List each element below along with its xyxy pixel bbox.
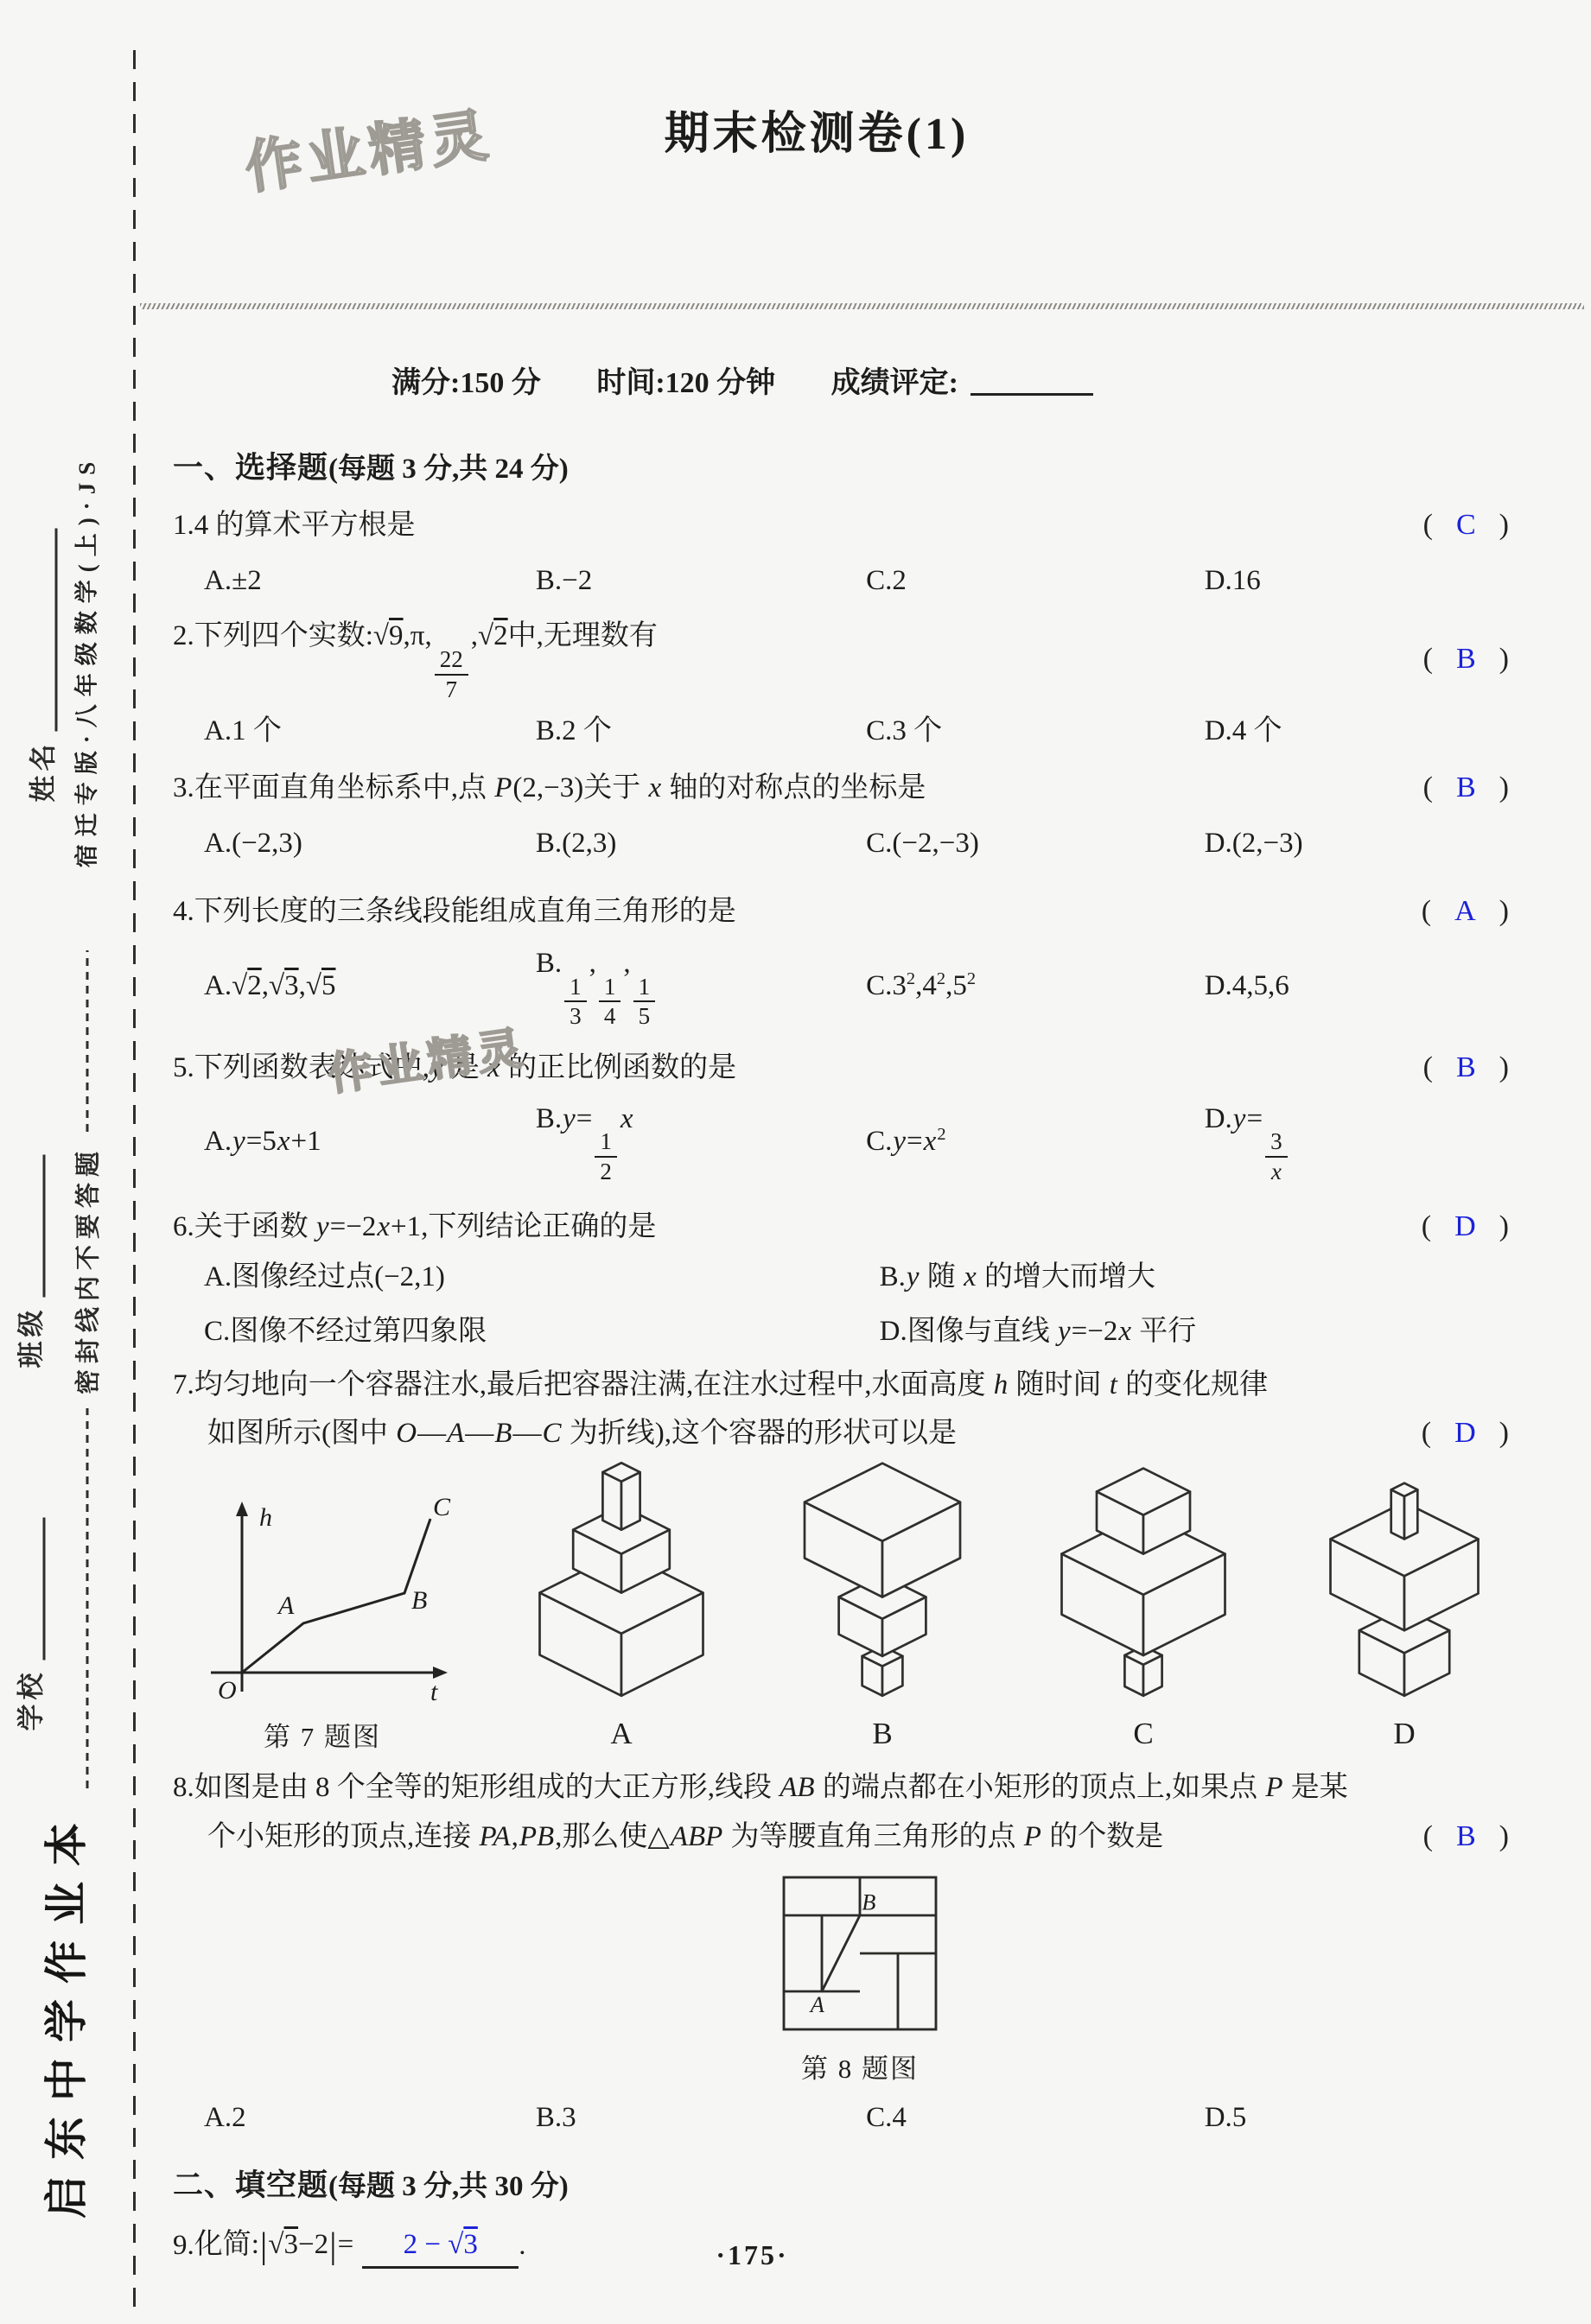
exam-meta: 满分:150 分 时间:120 分钟 成绩评定: [173,359,1547,401]
seal-text-label: 密封线内不要答题 [75,1146,103,1394]
options-row: A.y=5x+1 B.y=12x C.y=x2 D.y=3x [173,1100,1547,1184]
answer-letter: A [1454,895,1476,927]
option-a: A.(−2,3) [204,824,536,862]
options-row: A.1 个 B.2 个 C.3 个 D.4 个 [173,712,1547,750]
question-3: 3.在平面直角坐标系中,点 P(2,−3)关于 x 轴的对称点的坐标是(B) A… [173,769,1547,862]
question-text: 在平面直角坐标系中,点 P(2,−3)关于 x 轴的对称点的坐标是 [194,772,926,803]
name-field: 姓名 [22,529,60,803]
q7-container-options: A B C D [465,1461,1547,1755]
q7-graph: h t O A B C 第 7 题图 [180,1491,465,1756]
question-line: 7.均匀地向一个容器注水,最后把容器注满,在注水过程中,水面高度 h 随时间 t… [173,1366,1547,1404]
question-text: 关于函数 y=−2x+1,下列结论正确的是 [194,1211,657,1242]
options-grid: A.图像经过点(−2,1) B.y 随 x 的增大而增大 C.图像不经过第四象限… [173,1258,1547,1349]
option-a: A.1 个 [204,712,536,750]
full-score-label: 满分:150 分 [391,367,541,399]
container-option-c: C [1050,1461,1237,1755]
options-row: A.√2,√3,√5 B.13,14,15 C.32,42,52 D.4,5,6 [173,944,1547,1029]
q8-square-figure: B A [774,1868,945,2039]
answer-slot: (B) [1423,1049,1509,1089]
option-d: D.4 个 [1205,712,1547,750]
point-b-label: B [411,1586,427,1615]
question-line: 6.关于函数 y=−2x+1,下列结论正确的是(D) [173,1208,1547,1246]
question-number: 1. [173,510,194,541]
option-d: D.(2,−3) [1205,824,1547,862]
q7-figure-caption: 第 7 题图 [180,1719,465,1756]
option-b: B.(2,3) [536,824,866,862]
exam-page: 宿迁专版·八年级数学(上)·JS 密封线内不要答题 姓名 班级 学校 启东中学作… [0,0,1591,2324]
answer-slot: (B) [1423,769,1509,809]
question-line: 8.如图是由 8 个全等的矩形组成的大正方形,线段 AB 的端点都在小矩形的顶点… [173,1768,1547,1806]
container-a-figure [528,1461,715,1702]
point-a-label: A [809,1991,825,2017]
question-text: 均匀地向一个容器注水,最后把容器注满,在注水过程中,水面高度 h 随时间 t 的… [194,1369,1268,1400]
container-b-figure [789,1461,976,1702]
seal-dashed-line [133,50,136,2312]
grade-blank [971,393,1093,396]
question-number: 5. [173,1052,194,1083]
options-row: A.2 B.3 C.4 D.5 [173,2099,1547,2137]
y-axis-label: h [259,1503,272,1532]
dash-decoration [86,950,89,1132]
option-d: D.图像与直线 y=−2x 平行 [880,1312,1547,1350]
page-number: ·175· [0,2239,1505,2271]
option-b: B.y 随 x 的增大而增大 [880,1258,1547,1296]
q8-figure-caption: 第 8 题图 [173,2051,1547,2087]
question-1: 1.4 的算术平方根是(C) A.±2 B.−2 C.2 D.16 [173,506,1547,600]
option-a: A.±2 [204,562,536,600]
question-8: 8.如图是由 8 个全等的矩形组成的大正方形,线段 AB 的端点都在小矩形的顶点… [173,1768,1547,2137]
option-a: A.图像经过点(−2,1) [204,1258,880,1296]
question-number: 2. [173,620,194,651]
option-d: D.y=3x [1205,1100,1547,1184]
option-c: C.3 个 [866,712,1205,750]
container-option-a: A [528,1461,715,1755]
answer-letter: B [1456,1052,1476,1084]
container-c-label: C [1050,1714,1237,1755]
question-line: 个小矩形的顶点,连接 PA,PB,那么使△ABP 为等腰直角三角形的点 P 的个… [173,1818,1547,1856]
option-b: B.3 [536,2099,866,2137]
seal-text: 密封线内不要答题 [69,937,105,1802]
school-field-blank [43,1518,46,1660]
school-field-label: 学校 [16,1669,47,1731]
container-option-b: B [789,1461,976,1755]
container-option-d: D [1311,1461,1498,1755]
x-axis-label: t [430,1678,438,1706]
question-line: 1.4 的算术平方根是(C) [173,506,1547,544]
option-b: B.−2 [536,562,866,600]
answer-letter: B [1456,643,1476,675]
container-d-label: D [1311,1714,1498,1755]
class-field: 班级 [10,1155,48,1368]
answer-letter: D [1454,1417,1476,1449]
answer-slot: (B) [1423,1817,1509,1857]
container-b-label: B [789,1714,976,1755]
option-c: C.图像不经过第四象限 [204,1312,880,1350]
option-d: D.5 [1205,2099,1547,2137]
option-c: C.4 [866,2099,1205,2137]
q7-graph-svg: h t O A B C [188,1491,456,1707]
answer-slot: (D) [1422,1207,1509,1247]
section-note: (每题 3 分,共 30 分) [328,2171,569,2202]
question-line: 2.下列四个实数:√9,π,227,√2中,无理数有(B) [173,617,1547,702]
answer-letter: B [1456,772,1476,804]
answer-letter: D [1454,1210,1476,1242]
option-c: C.32,42,52 [866,967,1205,1005]
question-7-figures: h t O A B C 第 7 题图 A [173,1461,1547,1755]
question-text: 4 的算术平方根是 [194,510,416,541]
section-fill-header: 二、填空题(每题 3 分,共 30 分) [173,2162,1547,2205]
question-line: 如图所示(图中 O—A—B—C 为折线),这个容器的形状可以是(D) [173,1414,1547,1452]
question-text: 下列长度的三条线段能组成直角三角形的是 [194,896,736,927]
name-field-label: 姓名 [29,740,59,803]
option-c: C.2 [866,562,1205,600]
question-text: 如图所示(图中 O—A—B—C 为折线),这个容器的形状可以是 [207,1418,957,1449]
container-a-label: A [528,1714,715,1755]
question-line: 3.在平面直角坐标系中,点 P(2,−3)关于 x 轴的对称点的坐标是(B) [173,769,1547,807]
school-field: 学校 [10,1518,48,1731]
options-row: A.±2 B.−2 C.2 D.16 [173,562,1547,600]
answer-letter: B [1456,1820,1476,1852]
container-c-figure [1050,1461,1237,1702]
question-number: 3. [173,772,194,803]
answer-letter: C [1456,509,1476,541]
section-note: (每题 3 分,共 24 分) [328,454,569,485]
section-title: 二、填空题 [173,2168,328,2202]
question-number: 8. [173,1772,194,1803]
option-b: B.13,14,15 [536,944,866,1029]
question-number: 7. [173,1369,194,1400]
container-d-figure [1311,1461,1498,1702]
question-text: 如图是由 8 个全等的矩形组成的大正方形,线段 AB 的端点都在小矩形的顶点上,… [194,1772,1348,1803]
answer-slot: (B) [1423,639,1509,679]
option-d: D.16 [1205,562,1547,600]
question-2: 2.下列四个实数:√9,π,227,√2中,无理数有(B) A.1 个 B.2 … [173,617,1547,750]
option-d: D.4,5,6 [1205,967,1547,1005]
q8-figure: B A 第 8 题图 [173,1868,1547,2087]
workbook-title: 启东中学作业本 [32,1807,94,2219]
point-a-label: A [277,1591,295,1620]
question-number: 4. [173,896,194,927]
class-field-label: 班级 [16,1306,47,1368]
option-b: B.y=12x [536,1100,866,1184]
option-b: B.2 个 [536,712,866,750]
answer-slot: (A) [1422,892,1509,931]
point-b-label: B [862,1889,875,1914]
options-row: A.(−2,3) B.(2,3) C.(−2,−3) D.(2,−3) [173,824,1547,862]
option-a: A.y=5x+1 [204,1122,536,1160]
question-text: 下列四个实数:√9,π,227,√2中,无理数有 [194,620,658,651]
question-line: 4.下列长度的三条线段能组成直角三角形的是(A) [173,892,1547,930]
option-a: A.2 [204,2099,536,2137]
grade-label: 成绩评定: [831,367,958,399]
option-c: C.y=x2 [866,1122,1205,1160]
section-title: 一、选择题 [173,451,328,485]
class-field-blank [43,1155,46,1298]
question-4: 4.下列长度的三条线段能组成直角三角形的是(A) A.√2,√3,√5 B.13… [173,892,1547,1029]
question-number: 6. [173,1211,194,1242]
edition-label: 宿迁专版·八年级数学(上)·JS [68,454,102,868]
name-field-blank [55,529,58,732]
answer-slot: (C) [1423,505,1509,545]
section-choice-header: 一、选择题(每题 3 分,共 24 分) [173,444,1547,487]
origin-label: O [218,1676,237,1705]
option-a: A.√2,√3,√5 [204,967,536,1005]
exam-content: 期末检测卷(1) 满分:150 分 时间:120 分钟 成绩评定: 一、选择题(… [173,0,1547,2270]
question-6: 6.关于函数 y=−2x+1,下列结论正确的是(D) A.图像经过点(−2,1)… [173,1208,1547,1350]
dash-decoration [86,1408,89,1788]
time-limit-label: 时间:120 分钟 [596,367,775,399]
option-c: C.(−2,−3) [866,824,1205,862]
answer-slot: (D) [1422,1413,1509,1453]
point-c-label: C [433,1493,451,1521]
question-text: 个小矩形的顶点,连接 PA,PB,那么使△ABP 为等腰直角三角形的点 P 的个… [207,1821,1163,1852]
question-7: 7.均匀地向一个容器注水,最后把容器注满,在注水过程中,水面高度 h 随时间 t… [173,1366,1547,1756]
